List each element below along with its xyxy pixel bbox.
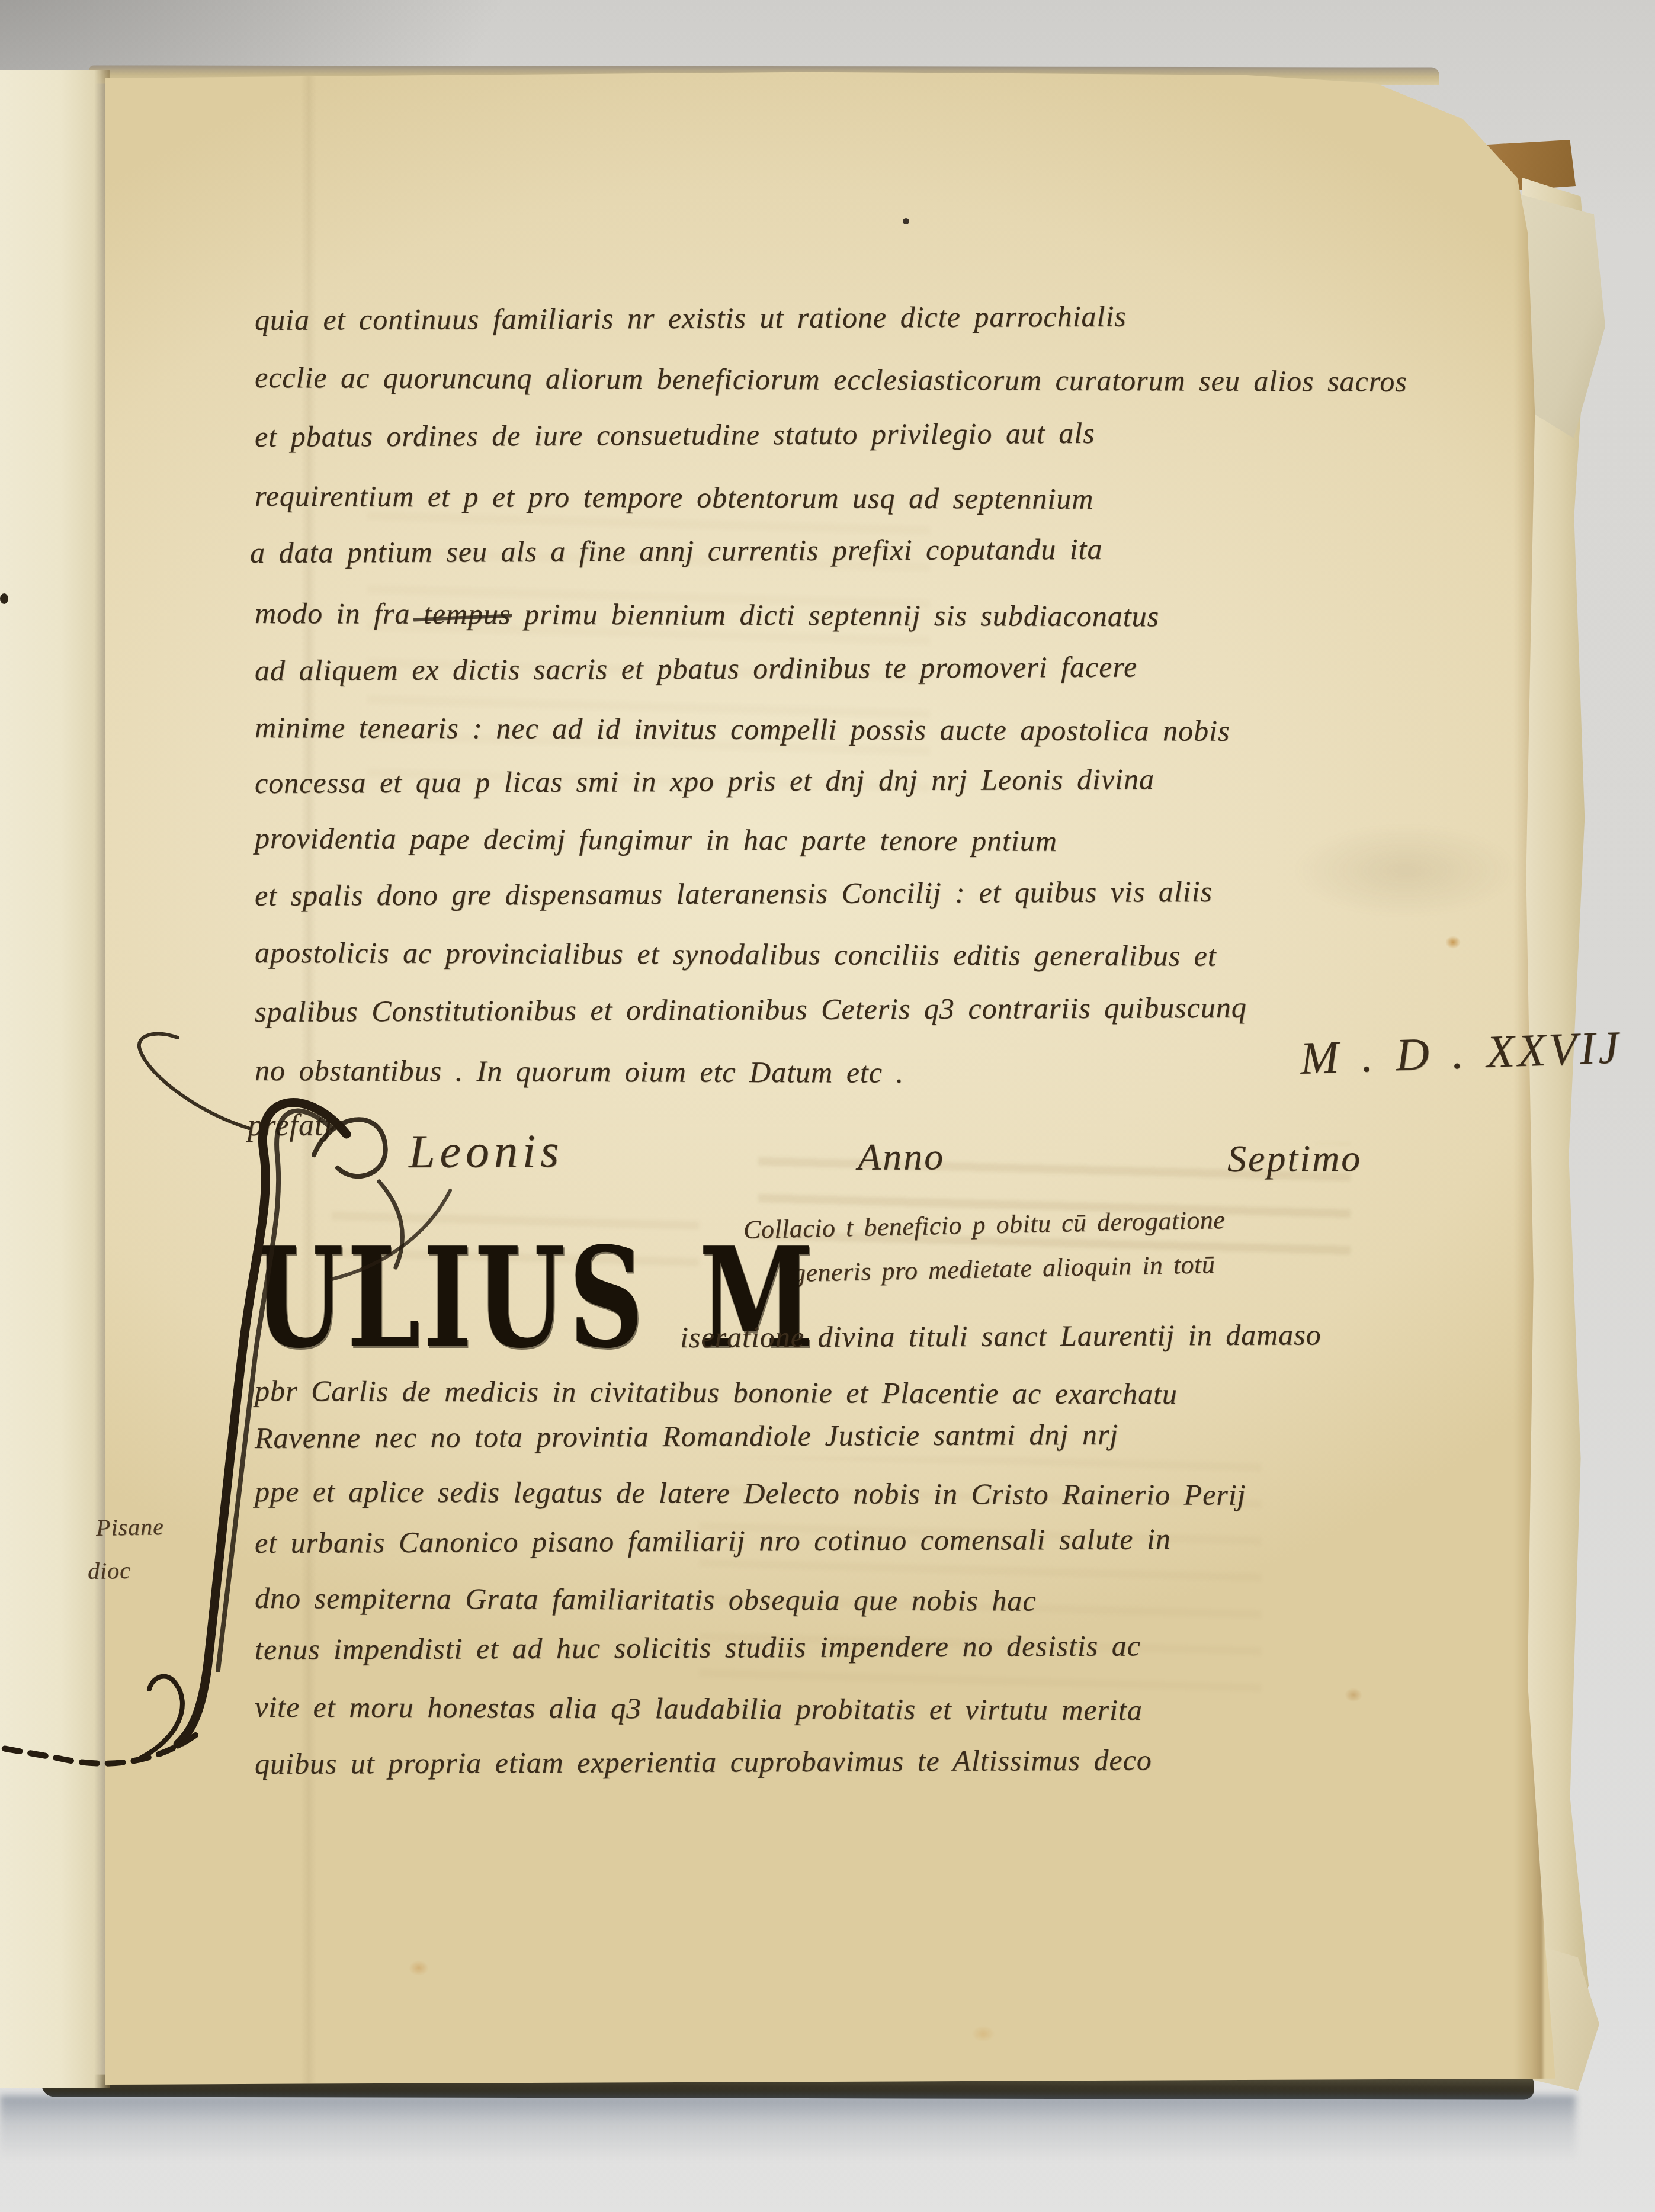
doc1-line-2: ecclie ac quoruncunq aliorum beneficioru… xyxy=(255,362,1407,396)
doc2-line-3: ppe et aplice sedis legatus de latere De… xyxy=(255,1476,1246,1510)
doc1-line-10: providentia pape decimj fungimur in hac … xyxy=(255,823,1057,856)
doc1-date: M . D . XXVIJ xyxy=(1300,1024,1622,1081)
doc1-prefati: prefatj xyxy=(248,1110,333,1141)
doc1-line-1: quia et continuus familiaris nr existis … xyxy=(255,301,1127,335)
doc1-line-14: no obstantibus . In quorum oium etc Datu… xyxy=(255,1055,904,1087)
doc1-line-8: minime tenearis : nec ad id invitus comp… xyxy=(255,712,1230,746)
doc2-line-4: et urbanis Canonico pisano familiarij nr… xyxy=(255,1524,1171,1558)
doc1-anno: Anno xyxy=(858,1138,945,1176)
doc1-line-9: concessa et qua p licas smi in xpo pris … xyxy=(255,764,1154,798)
margin-note-line-2: dioc xyxy=(88,1559,131,1583)
doc1-line-12: apostolicis ac provincialibus et synodal… xyxy=(255,938,1217,971)
doc1-line-11: et spalis dono gre dispensamus lateranen… xyxy=(255,877,1213,910)
doc1-septimo: Septimo xyxy=(1227,1139,1362,1178)
doc1-line-6: modo in fra tempus primu biennium dicti … xyxy=(255,598,1159,631)
doc2-first-line: iseratione divina tituli sanct Laurentij… xyxy=(680,1320,1322,1352)
doc1-line-3: et pbatus ordines de iure consuetudine s… xyxy=(255,418,1095,451)
doc1-line-7: ad aliquem ex dictis sacris et pbatus or… xyxy=(255,651,1137,685)
foxing-spot xyxy=(409,1960,429,1976)
paper-wrinkle xyxy=(1281,794,1530,948)
foxing-spot xyxy=(1345,1688,1362,1702)
doc1-line-4: requirentium et p et pro tempore obtento… xyxy=(255,481,1094,513)
doc2-line-8: quibus ut propria etiam experientia cupr… xyxy=(255,1745,1152,1778)
doc1-line-5: a data pntium seu als a fine annj curren… xyxy=(250,534,1103,567)
doc2-line-7: vite et moru honestas alia q3 laudabilia… xyxy=(255,1692,1143,1725)
doc2-line-2: Ravenne nec no tota provintia Romandiole… xyxy=(255,1420,1118,1453)
doc2-line-1: pbr Carlis de medicis in civitatibus bon… xyxy=(255,1376,1178,1408)
facing-page-gutter xyxy=(0,70,110,2088)
doc2-line-5: dno sempiterna Grata familiaritatis obse… xyxy=(255,1583,1037,1616)
doc1-pope-name: Leonis xyxy=(409,1128,564,1176)
foxing-spot xyxy=(1445,936,1461,949)
ink-speck-left-edge xyxy=(0,593,8,604)
foxing-spot xyxy=(971,2025,995,2042)
book-bottom-shadow xyxy=(0,2095,1576,2160)
doc1-line-13: spalibus Constitutionibus et ordinationi… xyxy=(255,993,1247,1026)
manuscript-scan: quia et continuus familiaris nr existis … xyxy=(0,0,1655,2212)
margin-note-line-1: Pisane xyxy=(96,1515,165,1540)
ink-speck xyxy=(903,218,909,224)
doc2-line-6: tenus impendisti et ad huc solicitis stu… xyxy=(255,1630,1141,1664)
